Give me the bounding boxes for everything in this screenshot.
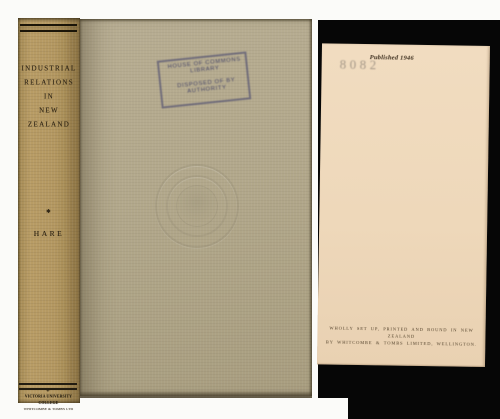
backdrop-corner-notch <box>318 398 348 419</box>
published-note: Published 1946 <box>308 52 476 63</box>
spine-imprint-line: WHITCOMBE & TOMBS LTD <box>19 406 79 413</box>
spine-title-line: ZEALAND <box>18 118 80 132</box>
library-stamp: HOUSE OF COMMONS LIBRARY DISPOSED OF BY … <box>157 51 252 108</box>
printer-imprint: WHOLLY SET UP, PRINTED AND BOUND IN NEW … <box>317 324 485 348</box>
spine-title-line: INDUSTRIAL <box>18 62 80 76</box>
embossed-seal <box>155 164 239 248</box>
spine-tail-rule <box>19 383 77 385</box>
spine-imprint: ✚ VICTORIA UNIVERSITY COLLEGE WHITCOMBE … <box>19 388 79 413</box>
library-stamp-text: HOUSE OF COMMONS LIBRARY DISPOSED OF BY … <box>159 53 252 97</box>
spine-ornament-icon: ✱ <box>18 205 80 219</box>
spine-tail-rule <box>19 388 77 390</box>
spine-imprint-line: VICTORIA UNIVERSITY COLLEGE <box>19 393 79 406</box>
spine-author: HARE <box>18 227 80 241</box>
spine-title-line: NEW <box>18 104 80 118</box>
embossed-seal-center <box>176 185 218 227</box>
book-front-cover: HOUSE OF COMMONS LIBRARY DISPOSED OF BY … <box>80 19 312 398</box>
printer-imprint-line: BY WHITCOMBE & TOMBS LIMITED, WELLINGTON… <box>317 338 485 348</box>
spine-title-line: IN <box>18 90 80 104</box>
accession-number-stamp: 8082 <box>340 57 380 74</box>
spine-title: INDUSTRIAL RELATIONS IN NEW ZEALAND ✱ HA… <box>18 62 80 132</box>
book-spine: INDUSTRIAL RELATIONS IN NEW ZEALAND ✱ HA… <box>18 18 80 403</box>
spine-title-line: RELATIONS <box>18 76 80 90</box>
spine-headband <box>20 24 77 32</box>
flyleaf-page: Published 1946 8082 WHOLLY SET UP, PRINT… <box>317 43 490 367</box>
embossed-seal-ring <box>166 175 228 237</box>
